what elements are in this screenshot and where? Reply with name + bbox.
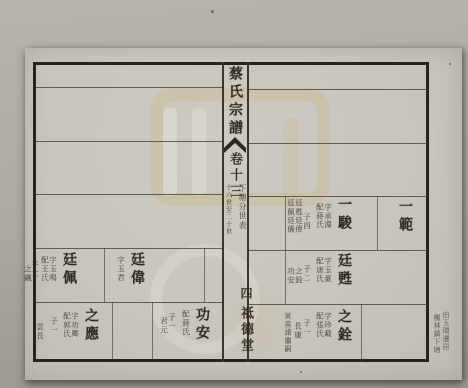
spine-generation-range: 十六世至二十世 [225, 184, 232, 235]
entry-spouse: 配蔣氏 [182, 310, 190, 336]
entry-name: 功安 [195, 307, 209, 343]
entry-son: 功安 [287, 267, 295, 284]
grid-line [36, 87, 222, 88]
entry-son: 之銓 [295, 267, 303, 284]
entry-name: 一駿 [337, 197, 351, 233]
entry-sons-count: 子二 [303, 265, 311, 282]
entry-sons-count: 子一 [303, 319, 311, 336]
dust-speck [211, 10, 214, 13]
entry-courtesy: 字玉君 [117, 256, 125, 282]
spine-title: 蔡氏宗譜 [228, 66, 242, 138]
dust-speck [449, 63, 451, 65]
entry-courtesy: 字承淵 [324, 203, 332, 229]
spine-hall-name: 祗德堂 [239, 306, 252, 354]
dust-speck [300, 371, 302, 373]
spine-page-number: 四 [240, 287, 252, 302]
entry-sons-count: 子四 [303, 213, 311, 230]
entry-spouse: 配郭氏 [63, 312, 71, 338]
column-divider [361, 304, 362, 362]
entry-son: 之飆 [24, 265, 32, 282]
column-divider [152, 302, 153, 360]
spine-section: 下塘分世表 [238, 184, 246, 230]
entry-name: 之銓 [337, 309, 351, 345]
spine-left-rule [222, 62, 224, 362]
entry-sons-count: 子一 [50, 317, 58, 334]
grid-line [249, 89, 427, 90]
grid-line [36, 248, 222, 249]
grid-line [249, 250, 427, 251]
scanned-genealogy-page: 蔡氏宗譜 卷十三 下塘分世表 十六世至二十世 四 祗德堂 一範 一駿 字承淵 配… [0, 0, 468, 388]
margin-note: 由玉環遷居 [442, 311, 449, 351]
column-divider [112, 302, 113, 360]
entry-name: 之應 [84, 308, 98, 344]
entry-spouse: 配唐氏 [316, 257, 324, 283]
grid-line [249, 304, 427, 305]
entry-son: 君元 [160, 317, 168, 334]
column-divider [204, 248, 205, 302]
entry-courtesy: 字玉豪 [324, 257, 332, 283]
column-divider [377, 196, 378, 250]
grid-line [249, 143, 427, 144]
entry-spouse: 配王氏 [41, 256, 49, 282]
fishtail-icon [224, 137, 246, 153]
entry-sons: 廷佩廷儀 [287, 199, 295, 234]
entry-name: 一範 [398, 199, 412, 235]
entry-courtesy: 字玉鳴 [49, 256, 57, 282]
entry-name: 廷甦 [337, 253, 351, 289]
entry-note: 寅甫諸繼嗣 [284, 312, 291, 353]
column-divider [285, 250, 286, 304]
margin-note: 楓林鎮下塘 [433, 314, 440, 354]
grid-line [36, 194, 222, 195]
entry-courtesy: 字功卿 [71, 312, 79, 338]
entry-spouse: 配蔣氏 [316, 203, 324, 229]
entry-name: 廷佩 [62, 252, 76, 288]
entry-sons: 廷甦廷偉 [295, 199, 303, 234]
entry-son: 雲長 [36, 323, 44, 340]
column-divider [285, 196, 286, 250]
grid-line [36, 141, 222, 142]
entry-courtesy: 字珍載 [324, 312, 332, 338]
entry-sons-count: 子一 [168, 313, 176, 330]
entry-son: 長康 [294, 322, 302, 339]
grid-line [36, 302, 222, 303]
column-divider [104, 248, 105, 302]
entry-spouse: 配張氏 [316, 312, 324, 338]
entry-name: 廷偉 [130, 252, 144, 288]
